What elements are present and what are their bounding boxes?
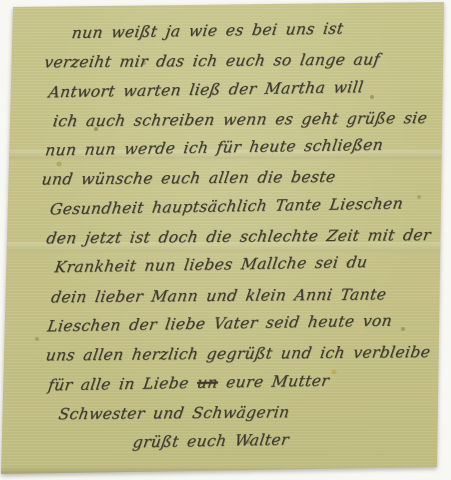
letter-line: Lieschen der liebe Vater seid heute von [45,306,448,342]
scan-background: nun weißt ja wie es bei uns istverzeiht … [0,0,451,480]
letter-line-text: für alle in Liebe [47,373,198,394]
letter-line: Krankheit nun liebes Mallche sei du [53,247,448,283]
struck-word: un [196,373,219,391]
letter-line: nun weißt ja wie es bei uns ist [70,13,445,49]
letter-paper: nun weißt ja wie es bei uns istverzeiht … [0,0,451,480]
letter-line-text: eure Mutter [217,371,331,391]
letter-line: nun nun werde ich für heute schließen [43,130,446,166]
letter-line: für alle in Liebe un eure Mutter [46,364,449,400]
letter-line: Antwort warten ließ der Martha will [46,71,445,107]
letter-text: nun weißt ja wie es bei uns istverzeiht … [37,15,445,459]
letter-line: Gesundheit hauptsächlich Tante Lieschen [48,189,447,225]
paper-bottom-fold [0,466,451,480]
paper-speckles [0,0,2,2]
letter-line: grüßt euch Walter [131,423,450,458]
paper-sheet: nun weißt ja wie es bei uns istverzeiht … [0,0,451,480]
